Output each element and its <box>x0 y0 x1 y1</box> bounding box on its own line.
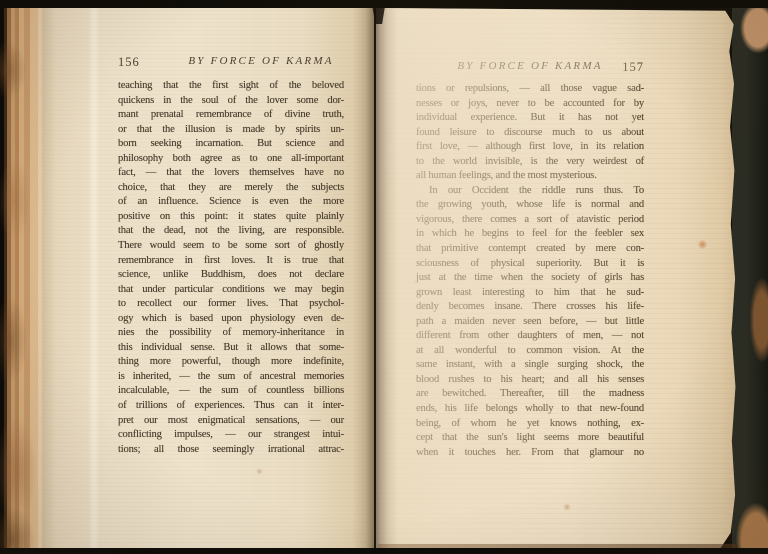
left-running-header: 156 BY FORCE OF KARMA <box>116 55 342 71</box>
text-line: when it touches her. From that glamour n… <box>416 446 644 461</box>
text-line: philosophy both agree as to one all-impo… <box>118 152 344 167</box>
text-line: individual experience. But it has not ye… <box>416 111 644 126</box>
text-line: first love, — although first love, in it… <box>416 140 644 155</box>
right-page-text: tions or repulsions, — all those vague s… <box>416 82 644 460</box>
text-line: of an influence. Science is even the mor… <box>118 195 344 210</box>
text-line: all human feelings, and the most mysteri… <box>416 169 644 184</box>
text-line: mant prenatal remembrance of divine trut… <box>118 108 344 123</box>
text-line: to recollect our former lives. That psyc… <box>118 297 344 312</box>
text-line: found leisure to discourse much to us ab… <box>416 126 644 141</box>
left-page-text: teaching that the first sight of the bel… <box>118 79 344 457</box>
text-line: different from other daughters of men, —… <box>416 329 644 344</box>
text-line: the growing youth, whose life is normal … <box>416 198 644 213</box>
text-line: or that the illusion is made by spirits … <box>118 123 344 138</box>
text-line: cept that the sun's light seems more bea… <box>416 431 644 446</box>
text-line: tions; all those seemingly irrational at… <box>118 443 344 458</box>
text-line: ends, his life belongs wholly to that ne… <box>416 402 644 417</box>
text-line: pret our most enigmatical sensations, — … <box>118 414 344 429</box>
left-running-title: BY FORCE OF KARMA <box>180 55 342 67</box>
text-line: are bewitched. Thereafter, till the madn… <box>416 387 644 402</box>
text-line: being, of whom he yet knows nothing, ex- <box>416 417 644 432</box>
text-line: teaching that the first sight of the bel… <box>118 79 344 94</box>
text-line: born seeking incarnation. But science an… <box>118 137 344 152</box>
text-line: choice, that they are merely the subject… <box>118 181 344 196</box>
text-line: just at the time when the society of gir… <box>416 271 644 286</box>
right-cover-edge <box>732 0 768 554</box>
open-book-photo: 156 BY FORCE OF KARMA teaching that the … <box>0 0 768 554</box>
text-line: ogy which is based upon physiology even … <box>118 312 344 327</box>
text-line: grown least interesting to him that he s… <box>416 286 644 301</box>
text-line: at all wonderful to common vision. At th… <box>416 344 644 359</box>
left-page: 156 BY FORCE OF KARMA teaching that the … <box>42 6 374 550</box>
text-line: that under particular conditions we may … <box>118 283 344 298</box>
text-line: in which he begins to feel for the feebl… <box>416 227 644 242</box>
text-line: this individual sense. But it allows tha… <box>118 341 344 356</box>
left-page-number: 156 <box>118 55 140 70</box>
right-page-number: 157 <box>622 60 644 75</box>
text-line: positive on this point: it states quite … <box>118 210 344 225</box>
right-page: BY FORCE OF KARMA 157 tions or repulsion… <box>376 8 738 549</box>
text-line: quickens in the soul of the lover some d… <box>118 94 344 109</box>
text-line: nies the possibility of memory-inheritan… <box>118 326 344 341</box>
photo-border-top <box>0 0 768 8</box>
text-line: of trillions of experiences. Thus can it… <box>118 399 344 414</box>
text-line: denly becomes insane. There crosses his … <box>416 300 644 315</box>
text-line: thing more powerful, though more indefin… <box>118 355 344 370</box>
text-line: remembrance in first loves. It is true t… <box>118 254 344 269</box>
text-line: same instant, with a single surging shoc… <box>416 358 644 373</box>
right-running-header: BY FORCE OF KARMA 157 <box>416 60 644 76</box>
text-line: In our Occident the riddle runs thus. To <box>416 184 644 199</box>
text-line: vigorous, there comes a sort of atavisti… <box>416 213 644 228</box>
photo-border-bottom <box>0 548 768 554</box>
text-line: sciousness of physical superiority. But … <box>416 257 644 272</box>
text-line: path a maiden never seen before, — but l… <box>416 315 644 330</box>
text-line: is inherited, — the sum of ancestral mem… <box>118 370 344 385</box>
text-line: tions or repulsions, — all those vague s… <box>416 82 644 97</box>
text-line: science, unlike Buddhism, does not decla… <box>118 268 344 283</box>
text-line: There would seem to be some sort of ghos… <box>118 239 344 254</box>
text-line: conflicting impulses, — our strangest in… <box>118 428 344 443</box>
text-line: that the dead, not the living, are respo… <box>118 224 344 239</box>
text-line: that primitive contempt created by mere … <box>416 242 644 257</box>
text-line: nesses or joys, never to be accounted fo… <box>416 97 644 112</box>
text-line: incalculable, — the sum of countless bil… <box>118 384 344 399</box>
left-page-block-edges <box>0 0 46 554</box>
text-line: to the world invisible, is the very weir… <box>416 155 644 170</box>
text-line: fact, — that the lovers themselves have … <box>118 166 344 181</box>
text-line: blood rushes to his heart; and all his s… <box>416 373 644 388</box>
right-running-title: BY FORCE OF KARMA <box>416 60 644 72</box>
